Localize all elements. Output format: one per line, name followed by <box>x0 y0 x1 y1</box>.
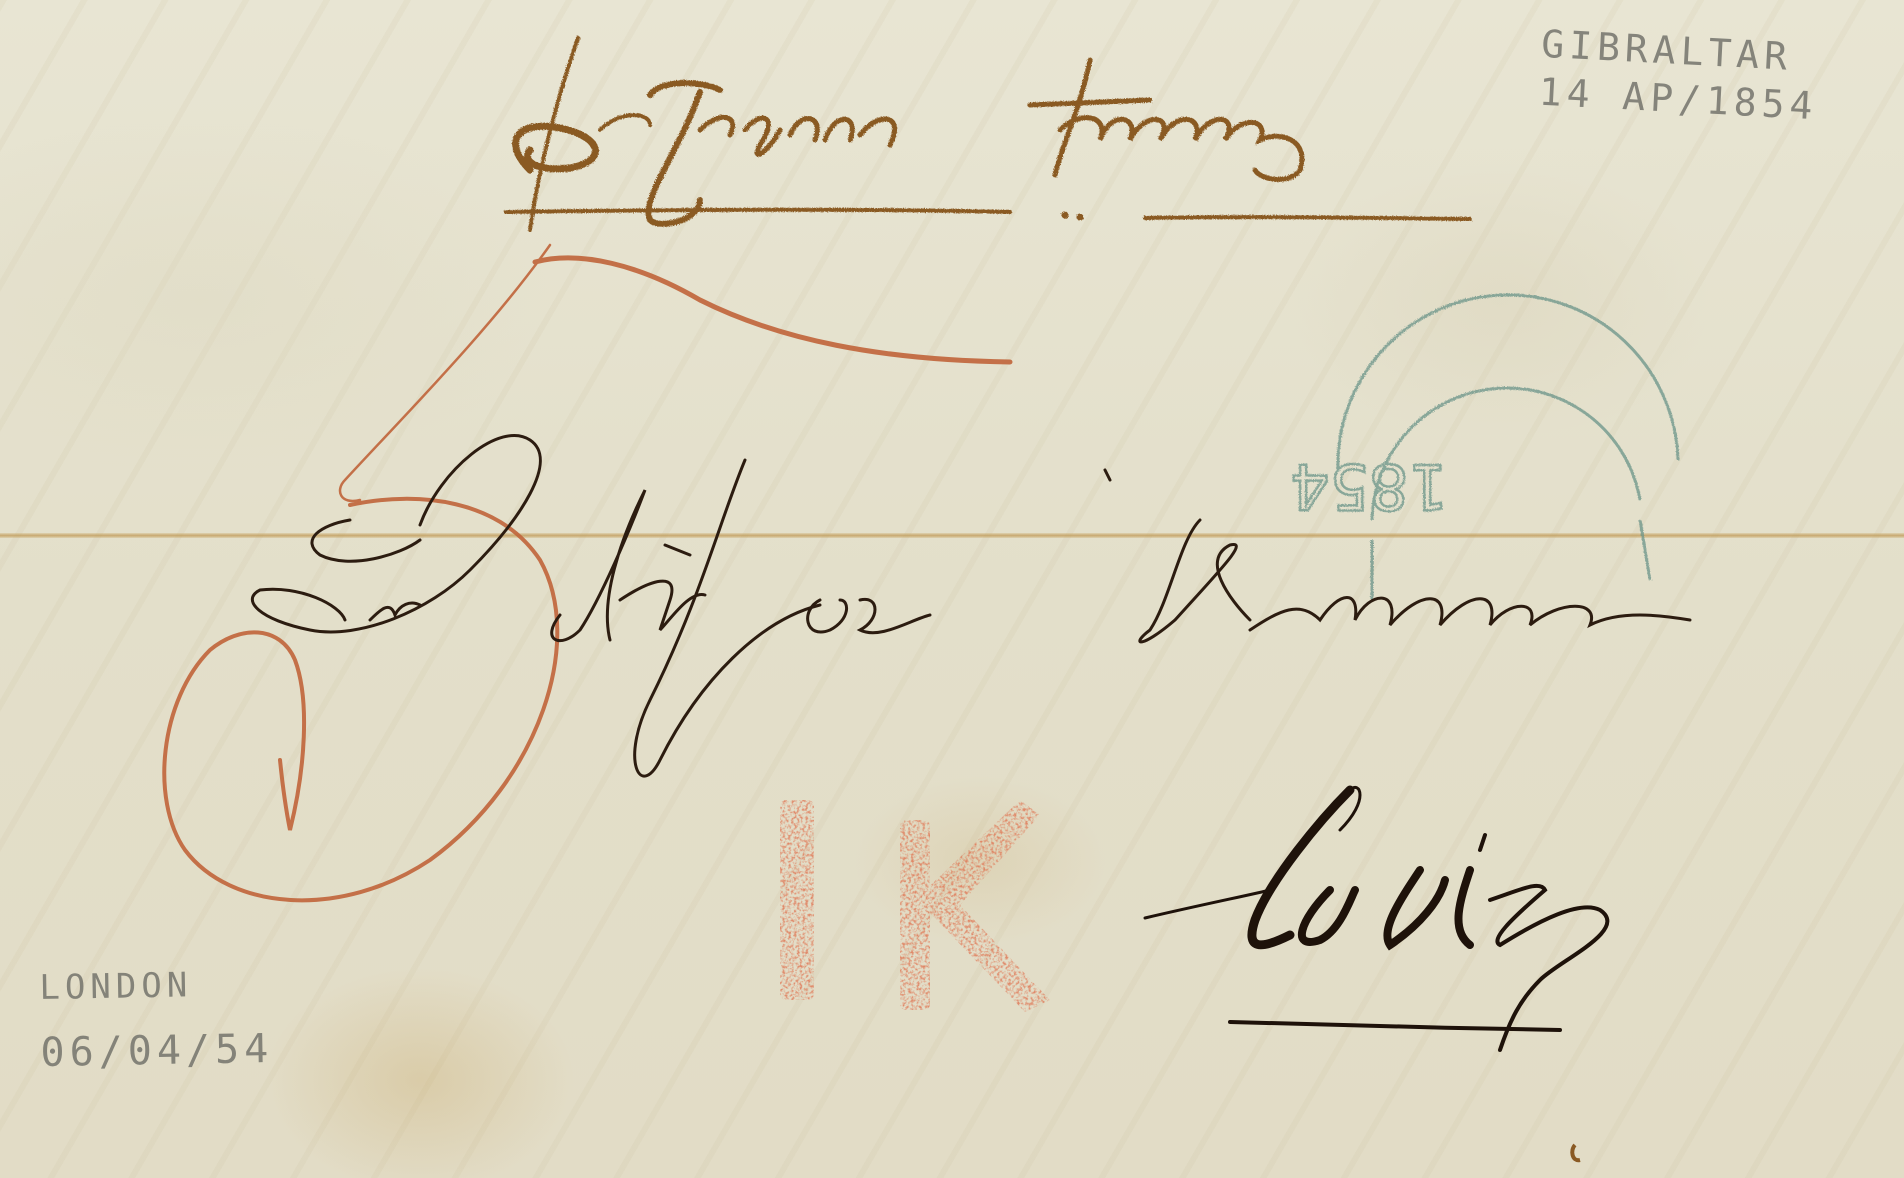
city-script <box>1145 787 1607 1050</box>
green-datestamp: 1854 <box>1290 295 1678 600</box>
red-handstamp-1r <box>780 800 1050 1012</box>
ink-spot <box>1572 1145 1580 1160</box>
route-endorsement <box>506 38 1470 230</box>
svg-text:1854: 1854 <box>1290 450 1448 523</box>
red-rate-marking-5 <box>164 245 1010 900</box>
postal-cover: GIBRALTAR 14 AP/1854 LONDON 06/04/54 p. … <box>0 0 1904 1178</box>
addressee-name-script <box>252 436 1690 777</box>
ink-markings: 1854 <box>0 0 1904 1178</box>
